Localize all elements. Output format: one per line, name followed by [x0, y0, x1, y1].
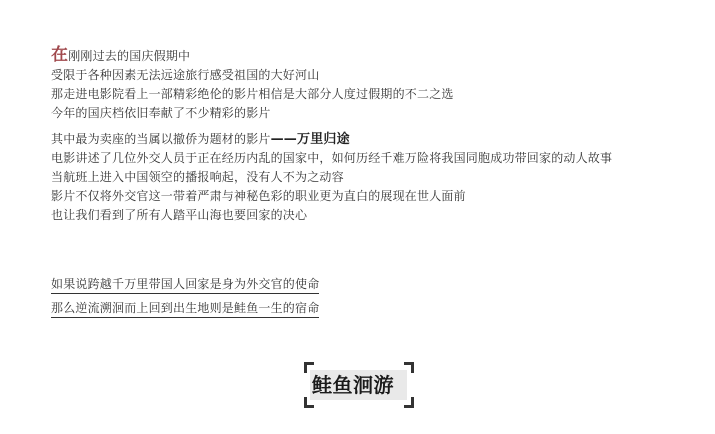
spacer [51, 225, 691, 273]
paragraph-line: 当航班上进入中国领空的播报响起，没有人不为之动容 [51, 168, 691, 187]
section-title: 鲑鱼洄游 [312, 370, 394, 400]
intro-line: 在刚刚过去的国庆假期中 [51, 44, 691, 66]
intro-text: 刚刚过去的国庆假期中 [68, 49, 190, 63]
paragraph-line: 那走进电影院看上一部精彩绝伦的影片相信是大部分人度过假期的不二之选 [51, 85, 691, 104]
quote-block: 如果说跨越千万里带国人回家是身为外交官的使命 那么逆流溯洄而上回到出生地则是鲑鱼… [51, 273, 691, 321]
article-body: 在刚刚过去的国庆假期中 受限于各种因素无法远途旅行感受祖国的大好河山 那走进电影… [51, 44, 691, 321]
movie-title: ——万里归途 [271, 132, 350, 147]
highlight-lead: 其中最为卖座的当属以撤侨为题材的影片 [51, 132, 271, 146]
paragraph-line: 受限于各种因素无法远途旅行感受祖国的大好河山 [51, 66, 691, 85]
quote-line: 那么逆流溯洄而上回到出生地则是鲑鱼一生的宿命 [51, 299, 319, 318]
highlight-line: 其中最为卖座的当属以撤侨为题材的影片——万里归途 [51, 129, 691, 149]
paragraph-line: 也让我们看到了所有人踏平山海也要回家的决心 [51, 206, 691, 225]
paragraph-line: 今年的国庆档依旧奉献了不少精彩的影片 [51, 104, 691, 123]
paragraph-line: 影片不仅将外交官这一带着严肃与神秘色彩的职业更为直白的展现在世人面前 [51, 187, 691, 206]
quote-line: 如果说跨越千万里带国人回家是身为外交官的使命 [51, 275, 319, 294]
paragraph-line: 电影讲述了几位外交人员于正在经历内乱的国家中，如何历经千难万险将我国同胞成功带回… [51, 149, 691, 168]
section-title-frame: 鲑鱼洄游 [304, 362, 414, 408]
dropcap: 在 [51, 45, 68, 65]
